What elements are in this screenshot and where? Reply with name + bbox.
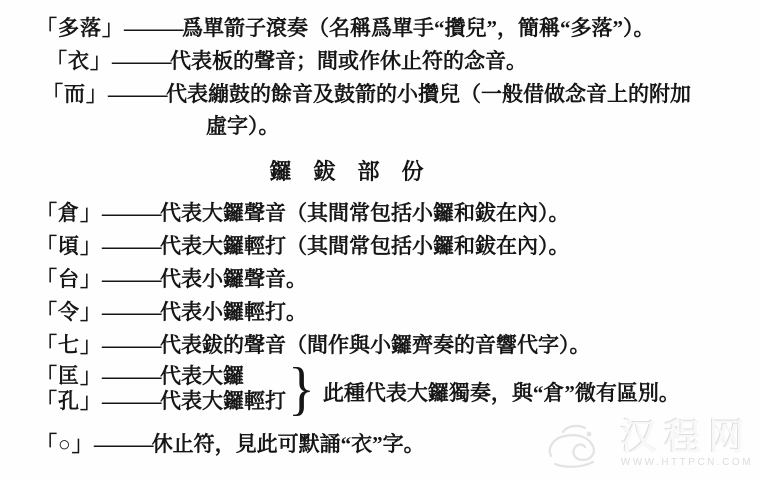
notation-description: 代表鈸的聲音（間作與小鑼齊奏的音響代字）。 xyxy=(160,329,591,362)
notation-description: 代表板的聲音；間或作休止符的念音。 xyxy=(170,45,527,78)
dash-separator: —— xyxy=(102,329,160,362)
notation-term: 「頃」 xyxy=(36,230,102,263)
notation-description: 代表大鑼聲音（其間常包括小鑼和鈸在內）。 xyxy=(160,197,570,230)
dash-separator: —— xyxy=(102,230,160,263)
notation-description: 代表小鑼聲音。 xyxy=(160,263,307,296)
notation-entry: 「台」 —— 代表小鑼聲音。 xyxy=(36,263,739,296)
dash-separator: —— xyxy=(102,296,160,329)
notation-description: 代表大鑼輕打 xyxy=(160,389,286,414)
notation-description: 休止符，見此可默誦“衣”字。 xyxy=(152,428,425,461)
notation-entry: 「七」 —— 代表鈸的聲音（間作與小鑼齊奏的音響代字）。 xyxy=(36,329,739,362)
notation-entry: 「衣」 —— 代表板的聲音；間或作休止符的念音。 xyxy=(46,45,739,78)
notation-entry: 「頃」 —— 代表大鑼輕打（其間常包括小鑼和鈸在內）。 xyxy=(36,230,739,263)
watermark-url: WWW.HTTPCN.COM xyxy=(621,457,753,468)
notation-description: 爲單箭子滾奏（名稱爲單手“攢兒”，簡稱“多落”）。 xyxy=(182,12,655,45)
section-heading: 鑼鈸部份 xyxy=(36,157,679,187)
dragon-logo-icon xyxy=(545,418,617,472)
dash-separator: —— xyxy=(112,45,170,78)
braced-entries: 「匡」 —— 代表大鑼 「孔」 —— 代表大鑼輕打 xyxy=(36,364,286,414)
notation-term: 「而」 xyxy=(42,78,108,111)
notation-entry: 「而」 —— 代表繃鼓的餘音及鼓箭的小攢兒（一般借做念音上的附加 xyxy=(42,78,739,111)
notation-term: 「匡」 xyxy=(36,364,102,389)
dash-separator: —— xyxy=(102,389,160,414)
dash-separator: —— xyxy=(102,364,160,389)
notation-term: 「孔」 xyxy=(36,389,102,414)
watermark: 汉程网 WWW.HTTPCN.COM xyxy=(545,418,753,472)
notation-entry: 「倉」 —— 代表大鑼聲音（其間常包括小鑼和鈸在內）。 xyxy=(36,197,739,230)
notation-entry: 「多落」 —— 爲單箭子滾奏（名稱爲單手“攢兒”，簡稱“多落”）。 xyxy=(36,12,739,45)
notation-description-continuation: 虛字）。 xyxy=(206,111,739,141)
right-brace-glyph: } xyxy=(288,363,315,416)
dash-separator: —— xyxy=(102,197,160,230)
scanned-document-page: 「多落」 —— 爲單箭子滾奏（名稱爲單手“攢兒”，簡稱“多落”）。 「衣」 ——… xyxy=(0,0,759,480)
notation-term: 「多落」 xyxy=(36,12,124,45)
notation-term: 「衣」 xyxy=(46,45,112,78)
notation-description: 代表小鑼輕打。 xyxy=(160,296,307,329)
notation-term: 「○」 xyxy=(36,428,94,461)
notation-description: 代表大鑼輕打（其間常包括小鑼和鈸在內）。 xyxy=(160,230,570,263)
notation-entry: 「匡」 —— 代表大鑼 xyxy=(36,364,286,389)
notation-term: 「七」 xyxy=(36,329,102,362)
brace-group-note: 此種代表大鑼獨奏，與“倉”微有區別。 xyxy=(323,371,680,407)
dash-separator: —— xyxy=(124,12,182,45)
notation-entry: 「令」 —— 代表小鑼輕打。 xyxy=(36,296,739,329)
notation-description: 代表大鑼 xyxy=(160,364,244,389)
watermark-site-name: 汉程网 xyxy=(621,418,753,456)
watermark-text: 汉程网 WWW.HTTPCN.COM xyxy=(621,418,753,468)
notation-term: 「台」 xyxy=(36,263,102,296)
dash-separator: —— xyxy=(102,263,160,296)
notation-description: 代表繃鼓的餘音及鼓箭的小攢兒（一般借做念音上的附加 xyxy=(166,78,691,111)
dash-separator: —— xyxy=(108,78,166,111)
dash-separator: —— xyxy=(94,428,152,461)
notation-term: 「倉」 xyxy=(36,197,102,230)
notation-term: 「令」 xyxy=(36,296,102,329)
braced-entry-group: 「匡」 —— 代表大鑼 「孔」 —— 代表大鑼輕打 } 此種代表大鑼獨奏，與“倉… xyxy=(36,364,739,414)
notation-entry: 「孔」 —— 代表大鑼輕打 xyxy=(36,389,286,414)
drum-notation-list: 「多落」 —— 爲單箭子滾奏（名稱爲單手“攢兒”，簡稱“多落”）。 「衣」 ——… xyxy=(36,12,739,141)
